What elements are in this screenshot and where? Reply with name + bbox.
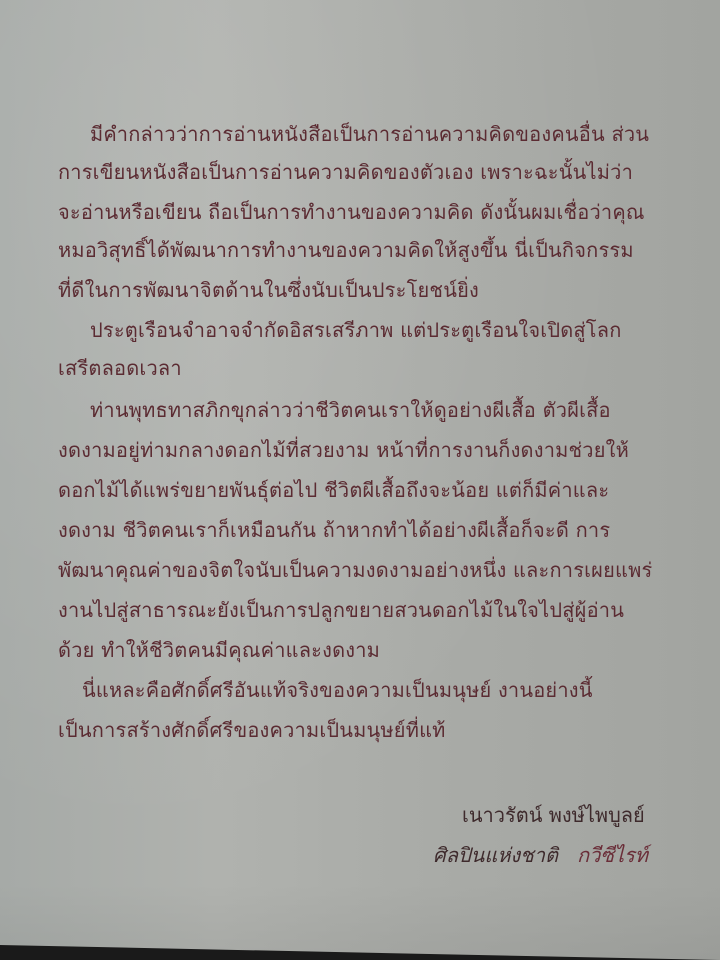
paragraph-2-line-2: เสรีตลอดเวลา (58, 356, 182, 380)
paragraph-1-line-5: ที่ดีในการพัฒนาจิตด้านในซึ่งนับเป็นประโย… (58, 278, 479, 302)
signature-title-prefix: ศิลปินแห่งชาติ (433, 843, 558, 867)
paragraph-3-line-3: ดอกไม้ได้แพร่ขยายพันธุ์ต่อไป ชีวิตผีเสื้… (58, 478, 609, 502)
paragraph-3-line-2: งดงามอยู่ท่ามกลางดอกไม้ที่สวยงาม หน้าที่… (58, 438, 629, 462)
paragraph-3-line-5: พัฒนาคุณค่าของจิตใจนับเป็นความงดงามอย่าง… (58, 558, 652, 582)
paragraph-1-line-4: หมอวิสุทธิ์ได้พัฒนาการทำงานของความคิดให้… (58, 238, 634, 262)
book-page: มีคำกล่าวว่าการอ่านหนังสือเป็นการอ่านควา… (0, 0, 720, 960)
paragraph-3-line-6: งานไปสู่สาธารณะยังเป็นการปลูกขยายสวนดอกไ… (58, 598, 624, 622)
paragraph-4-line-1: นี่แหละคือศักดิ์ศรีอันแท้จริงของความเป็น… (82, 678, 593, 702)
paragraph-3-line-7: ด้วย ทำให้ชีวิตคนมีคุณค่าและงดงาม (58, 638, 380, 662)
signature-name: เนาวรัตน์ พงษ์ไพบูลย์ (462, 803, 645, 827)
paragraph-1-line-3: จะอ่านหรือเขียน ถือเป็นการทำงานของความคิ… (58, 200, 645, 224)
signature-title-suffix: กวีซีไรท์ (577, 843, 648, 867)
paragraph-1-line-2: การเขียนหนังสือเป็นการอ่านความคิดของตัวเ… (58, 160, 633, 184)
paragraph-2-line-1: ประตูเรือนจำอาจจำกัดอิสรเสรีภาพ แต่ประตู… (90, 318, 622, 342)
signature-title: ศิลปินแห่งชาติ กวีซีไรท์ (433, 843, 648, 867)
paragraph-3-line-1: ท่านพุทธทาสภิกขุกล่าวว่าชีวิตคนเราให้ดูอ… (90, 398, 611, 422)
paragraph-3-line-4: งดงาม ชีวิตคนเราก็เหมือนกัน ถ้าหากทำได้อ… (58, 518, 610, 542)
paragraph-4-line-2: เป็นการสร้างศักดิ์ศรีของความเป็นมนุษย์ที… (58, 718, 446, 742)
paragraph-1-line-1: มีคำกล่าวว่าการอ่านหนังสือเป็นการอ่านควา… (90, 122, 664, 146)
